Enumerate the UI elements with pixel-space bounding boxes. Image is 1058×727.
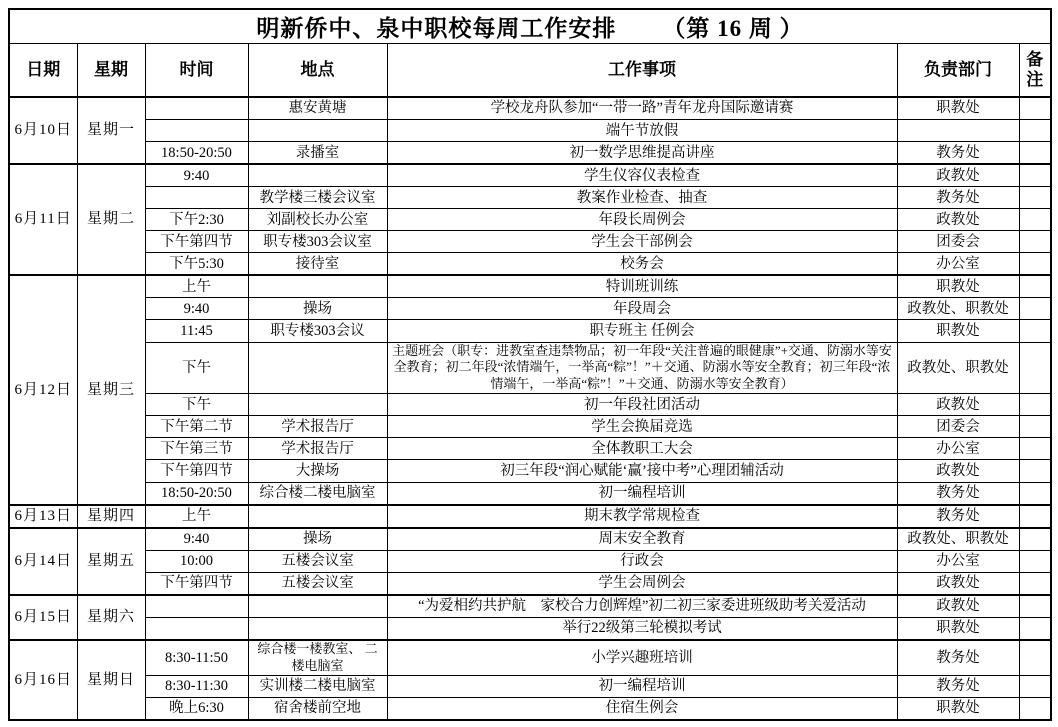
schedule-row: 6月14日星期五9:40操场周末安全教育政教处、职教处 xyxy=(9,528,1051,551)
date-cell: 6月13日 xyxy=(9,505,77,528)
task-cell: 行政会 xyxy=(387,550,897,572)
dept-cell: 政教处 xyxy=(897,572,1019,595)
note-cell xyxy=(1019,342,1051,394)
place-cell: 实训楼二楼电脑室 xyxy=(248,675,387,697)
note-cell xyxy=(1019,460,1051,482)
task-cell: 学生会换届竞选 xyxy=(387,416,897,438)
schedule-row: 端午节放假 xyxy=(9,120,1051,142)
note-cell xyxy=(1019,697,1051,720)
date-cell: 6月14日 xyxy=(9,528,77,595)
dept-cell: 政教处、职教处 xyxy=(897,528,1019,551)
date-cell: 6月16日 xyxy=(9,640,77,720)
title-week-number: （第 16 周 ） xyxy=(662,16,803,41)
place-cell: 录播室 xyxy=(248,142,387,165)
schedule-row: 6月16日星期日8:30-11:50综合楼一楼教室、 二楼电脑室小学兴趣班培训教… xyxy=(9,640,1051,675)
schedule-row: 下午第四节职专楼303会议室学生会干部例会团委会 xyxy=(9,231,1051,253)
dept-cell: 职教处 xyxy=(897,320,1019,342)
dept-cell: 政教处、职教处 xyxy=(897,342,1019,394)
place-cell: 操场 xyxy=(248,528,387,551)
place-cell: 操场 xyxy=(248,298,387,320)
schedule-row: 下午2:30刘副校长办公室年段长周例会政教处 xyxy=(9,209,1051,231)
note-cell xyxy=(1019,164,1051,187)
place-cell: 接待室 xyxy=(248,253,387,276)
time-cell: 晚上6:30 xyxy=(145,697,248,720)
schedule-page: 明新侨中、泉中职校每周工作安排（第 16 周 ） 日期星期时间地点工作事项负责部… xyxy=(0,0,1058,727)
place-cell xyxy=(248,394,387,416)
time-cell: 11:45 xyxy=(145,320,248,342)
note-cell xyxy=(1019,231,1051,253)
place-cell: 职专楼303会议室 xyxy=(248,231,387,253)
col-header-dept: 负责部门 xyxy=(897,44,1019,98)
weekday-cell: 星期一 xyxy=(77,97,145,164)
dept-cell: 教务处 xyxy=(897,640,1019,675)
note-cell xyxy=(1019,528,1051,551)
task-cell: 小学兴趣班培训 xyxy=(387,640,897,675)
task-cell: 职专班主 任例会 xyxy=(387,320,897,342)
schedule-row: 6月11日星期二9:40学生仪容仪表检查政教处 xyxy=(9,164,1051,187)
time-cell: 下午第二节 xyxy=(145,416,248,438)
task-cell: 初一数学思维提高讲座 xyxy=(387,142,897,165)
schedule-row: 18:50-20:50录播室初一数学思维提高讲座教务处 xyxy=(9,142,1051,165)
task-cell: 周末安全教育 xyxy=(387,528,897,551)
note-cell xyxy=(1019,298,1051,320)
task-cell: 初一编程培训 xyxy=(387,482,897,505)
note-cell xyxy=(1019,438,1051,460)
task-cell: 年段周会 xyxy=(387,298,897,320)
time-cell: 上午 xyxy=(145,505,248,528)
schedule-row: 下午初一年段社团活动政教处 xyxy=(9,394,1051,416)
note-cell xyxy=(1019,187,1051,209)
time-cell xyxy=(145,595,248,618)
note-cell xyxy=(1019,595,1051,618)
time-cell: 9:40 xyxy=(145,528,248,551)
time-cell: 下午第三节 xyxy=(145,438,248,460)
dept-cell: 团委会 xyxy=(897,231,1019,253)
dept-cell: 职教处 xyxy=(897,617,1019,640)
col-header-place: 地点 xyxy=(248,44,387,98)
time-cell: 下午2:30 xyxy=(145,209,248,231)
dept-cell: 办公室 xyxy=(897,253,1019,276)
time-cell: 下午第四节 xyxy=(145,460,248,482)
place-cell: 学术报告厅 xyxy=(248,438,387,460)
dept-cell xyxy=(897,120,1019,142)
note-cell xyxy=(1019,275,1051,298)
dept-cell: 教务处 xyxy=(897,187,1019,209)
note-cell xyxy=(1019,505,1051,528)
schedule-row: 10:00五楼会议室行政会办公室 xyxy=(9,550,1051,572)
weekday-cell: 星期三 xyxy=(77,275,145,504)
place-cell xyxy=(248,120,387,142)
dept-cell: 教务处 xyxy=(897,505,1019,528)
time-cell: 8:30-11:30 xyxy=(145,675,248,697)
dept-cell: 政教处 xyxy=(897,209,1019,231)
task-cell: 全体教职工大会 xyxy=(387,438,897,460)
schedule-row: 6月10日星期一惠安黄塘学校龙舟队参加“一带一路”青年龙舟国际邀请赛职教处 xyxy=(9,97,1051,120)
note-cell xyxy=(1019,120,1051,142)
task-cell: 学校龙舟队参加“一带一路”青年龙舟国际邀请赛 xyxy=(387,97,897,120)
weekday-cell: 星期二 xyxy=(77,164,145,275)
col-header-date: 日期 xyxy=(9,44,77,98)
place-cell xyxy=(248,595,387,618)
place-cell xyxy=(248,617,387,640)
schedule-row: 下午第二节学术报告厅学生会换届竞选团委会 xyxy=(9,416,1051,438)
place-cell: 五楼会议室 xyxy=(248,550,387,572)
time-cell: 18:50-20:50 xyxy=(145,482,248,505)
place-cell: 大操场 xyxy=(248,460,387,482)
place-cell: 刘副校长办公室 xyxy=(248,209,387,231)
schedule-row: 6月13日星期四上午期末教学常规检查教务处 xyxy=(9,505,1051,528)
schedule-row: 举行22级第三轮模拟考试职教处 xyxy=(9,617,1051,640)
note-cell xyxy=(1019,482,1051,505)
place-cell xyxy=(248,342,387,394)
place-cell: 职专楼303会议 xyxy=(248,320,387,342)
place-cell: 宿舍楼前空地 xyxy=(248,697,387,720)
note-cell xyxy=(1019,416,1051,438)
task-cell: 学生会周例会 xyxy=(387,572,897,595)
weekday-cell: 星期四 xyxy=(77,505,145,528)
time-cell: 下午第四节 xyxy=(145,572,248,595)
dept-cell: 团委会 xyxy=(897,416,1019,438)
time-cell: 下午第四节 xyxy=(145,231,248,253)
col-header-time: 时间 xyxy=(145,44,248,98)
task-cell: 主题班会（职专：进教室查违禁物品；初一年段“关注普遍的眼健康”+交通、防溺水等安… xyxy=(387,342,897,394)
date-cell: 6月11日 xyxy=(9,164,77,275)
dept-cell: 教务处 xyxy=(897,142,1019,165)
date-cell: 6月12日 xyxy=(9,275,77,504)
dept-cell: 职教处 xyxy=(897,275,1019,298)
task-cell: 特训班训练 xyxy=(387,275,897,298)
time-cell xyxy=(145,97,248,120)
place-cell: 学术报告厅 xyxy=(248,416,387,438)
title-row: 明新侨中、泉中职校每周工作安排（第 16 周 ） xyxy=(9,9,1051,44)
date-cell: 6月10日 xyxy=(9,97,77,164)
schedule-row: 18:50-20:50综合楼二楼电脑室初一编程培训教务处 xyxy=(9,482,1051,505)
place-cell xyxy=(248,164,387,187)
time-cell: 9:40 xyxy=(145,298,248,320)
place-cell: 教学楼三楼会议室 xyxy=(248,187,387,209)
dept-cell: 职教处 xyxy=(897,97,1019,120)
dept-cell: 职教处 xyxy=(897,697,1019,720)
time-cell: 下午5:30 xyxy=(145,253,248,276)
task-cell: 端午节放假 xyxy=(387,120,897,142)
time-cell: 下午 xyxy=(145,394,248,416)
note-cell xyxy=(1019,253,1051,276)
time-cell xyxy=(145,120,248,142)
time-cell: 8:30-11:50 xyxy=(145,640,248,675)
time-cell: 18:50-20:50 xyxy=(145,142,248,165)
task-cell: 校务会 xyxy=(387,253,897,276)
weekday-cell: 星期五 xyxy=(77,528,145,595)
task-cell: 住宿生例会 xyxy=(387,697,897,720)
schedule-row: 下午第四节大操场初三年段“润心赋能‘赢’接中考”心理团辅活动政教处 xyxy=(9,460,1051,482)
schedule-row: 下午主题班会（职专：进教室查违禁物品；初一年段“关注普遍的眼健康”+交通、防溺水… xyxy=(9,342,1051,394)
dept-cell: 教务处 xyxy=(897,675,1019,697)
note-cell xyxy=(1019,209,1051,231)
schedule-row: 11:45职专楼303会议职专班主 任例会职教处 xyxy=(9,320,1051,342)
weekday-cell: 星期六 xyxy=(77,595,145,640)
dept-cell: 政教处 xyxy=(897,460,1019,482)
dept-cell: 政教处 xyxy=(897,164,1019,187)
schedule-row: 晚上6:30宿舍楼前空地住宿生例会职教处 xyxy=(9,697,1051,720)
note-cell xyxy=(1019,142,1051,165)
dept-cell: 教务处 xyxy=(897,482,1019,505)
schedule-row: 9:40操场年段周会政教处、职教处 xyxy=(9,298,1051,320)
task-cell: 年段长周例会 xyxy=(387,209,897,231)
note-cell xyxy=(1019,617,1051,640)
time-cell: 下午 xyxy=(145,342,248,394)
task-cell: “为爱相约共护航 家校合力创辉煌”初二初三家委进班级助考关爱活动 xyxy=(387,595,897,618)
schedule-row: 6月15日星期六“为爱相约共护航 家校合力创辉煌”初二初三家委进班级助考关爱活动… xyxy=(9,595,1051,618)
note-cell xyxy=(1019,640,1051,675)
schedule-row: 8:30-11:30实训楼二楼电脑室初一编程培训教务处 xyxy=(9,675,1051,697)
note-cell xyxy=(1019,675,1051,697)
time-cell: 9:40 xyxy=(145,164,248,187)
place-cell: 综合楼一楼教室、 二楼电脑室 xyxy=(248,640,387,675)
date-cell: 6月15日 xyxy=(9,595,77,640)
task-cell: 教案作业检查、抽查 xyxy=(387,187,897,209)
place-cell xyxy=(248,275,387,298)
task-cell: 举行22级第三轮模拟考试 xyxy=(387,617,897,640)
time-cell xyxy=(145,187,248,209)
dept-cell: 政教处 xyxy=(897,394,1019,416)
dept-cell: 办公室 xyxy=(897,550,1019,572)
schedule-row: 下午5:30接待室校务会办公室 xyxy=(9,253,1051,276)
note-cell xyxy=(1019,550,1051,572)
place-cell: 综合楼二楼电脑室 xyxy=(248,482,387,505)
schedule-row: 教学楼三楼会议室教案作业检查、抽查教务处 xyxy=(9,187,1051,209)
note-cell xyxy=(1019,320,1051,342)
dept-cell: 办公室 xyxy=(897,438,1019,460)
col-header-task: 工作事项 xyxy=(387,44,897,98)
place-cell: 五楼会议室 xyxy=(248,572,387,595)
task-cell: 学生仪容仪表检查 xyxy=(387,164,897,187)
col-header-note: 备注 xyxy=(1019,44,1051,98)
schedule-row: 下午第四节五楼会议室学生会周例会政教处 xyxy=(9,572,1051,595)
column-header-row: 日期星期时间地点工作事项负责部门备注 xyxy=(9,44,1051,98)
task-cell: 学生会干部例会 xyxy=(387,231,897,253)
dept-cell: 政教处 xyxy=(897,595,1019,618)
schedule-row: 下午第三节学术报告厅全体教职工大会办公室 xyxy=(9,438,1051,460)
place-cell: 惠安黄塘 xyxy=(248,97,387,120)
task-cell: 初一编程培训 xyxy=(387,675,897,697)
time-cell: 10:00 xyxy=(145,550,248,572)
title-main: 明新侨中、泉中职校每周工作安排 xyxy=(256,16,616,41)
weekday-cell: 星期日 xyxy=(77,640,145,720)
task-cell: 初一年段社团活动 xyxy=(387,394,897,416)
weekly-schedule-table: 明新侨中、泉中职校每周工作安排（第 16 周 ） 日期星期时间地点工作事项负责部… xyxy=(8,8,1052,721)
page-title: 明新侨中、泉中职校每周工作安排（第 16 周 ） xyxy=(9,9,1051,44)
note-cell xyxy=(1019,97,1051,120)
task-cell: 期末教学常规检查 xyxy=(387,505,897,528)
schedule-row: 6月12日星期三上午特训班训练职教处 xyxy=(9,275,1051,298)
place-cell xyxy=(248,505,387,528)
time-cell xyxy=(145,617,248,640)
task-cell: 初三年段“润心赋能‘赢’接中考”心理团辅活动 xyxy=(387,460,897,482)
time-cell: 上午 xyxy=(145,275,248,298)
dept-cell: 政教处、职教处 xyxy=(897,298,1019,320)
col-header-weekday: 星期 xyxy=(77,44,145,98)
note-cell xyxy=(1019,572,1051,595)
note-cell xyxy=(1019,394,1051,416)
